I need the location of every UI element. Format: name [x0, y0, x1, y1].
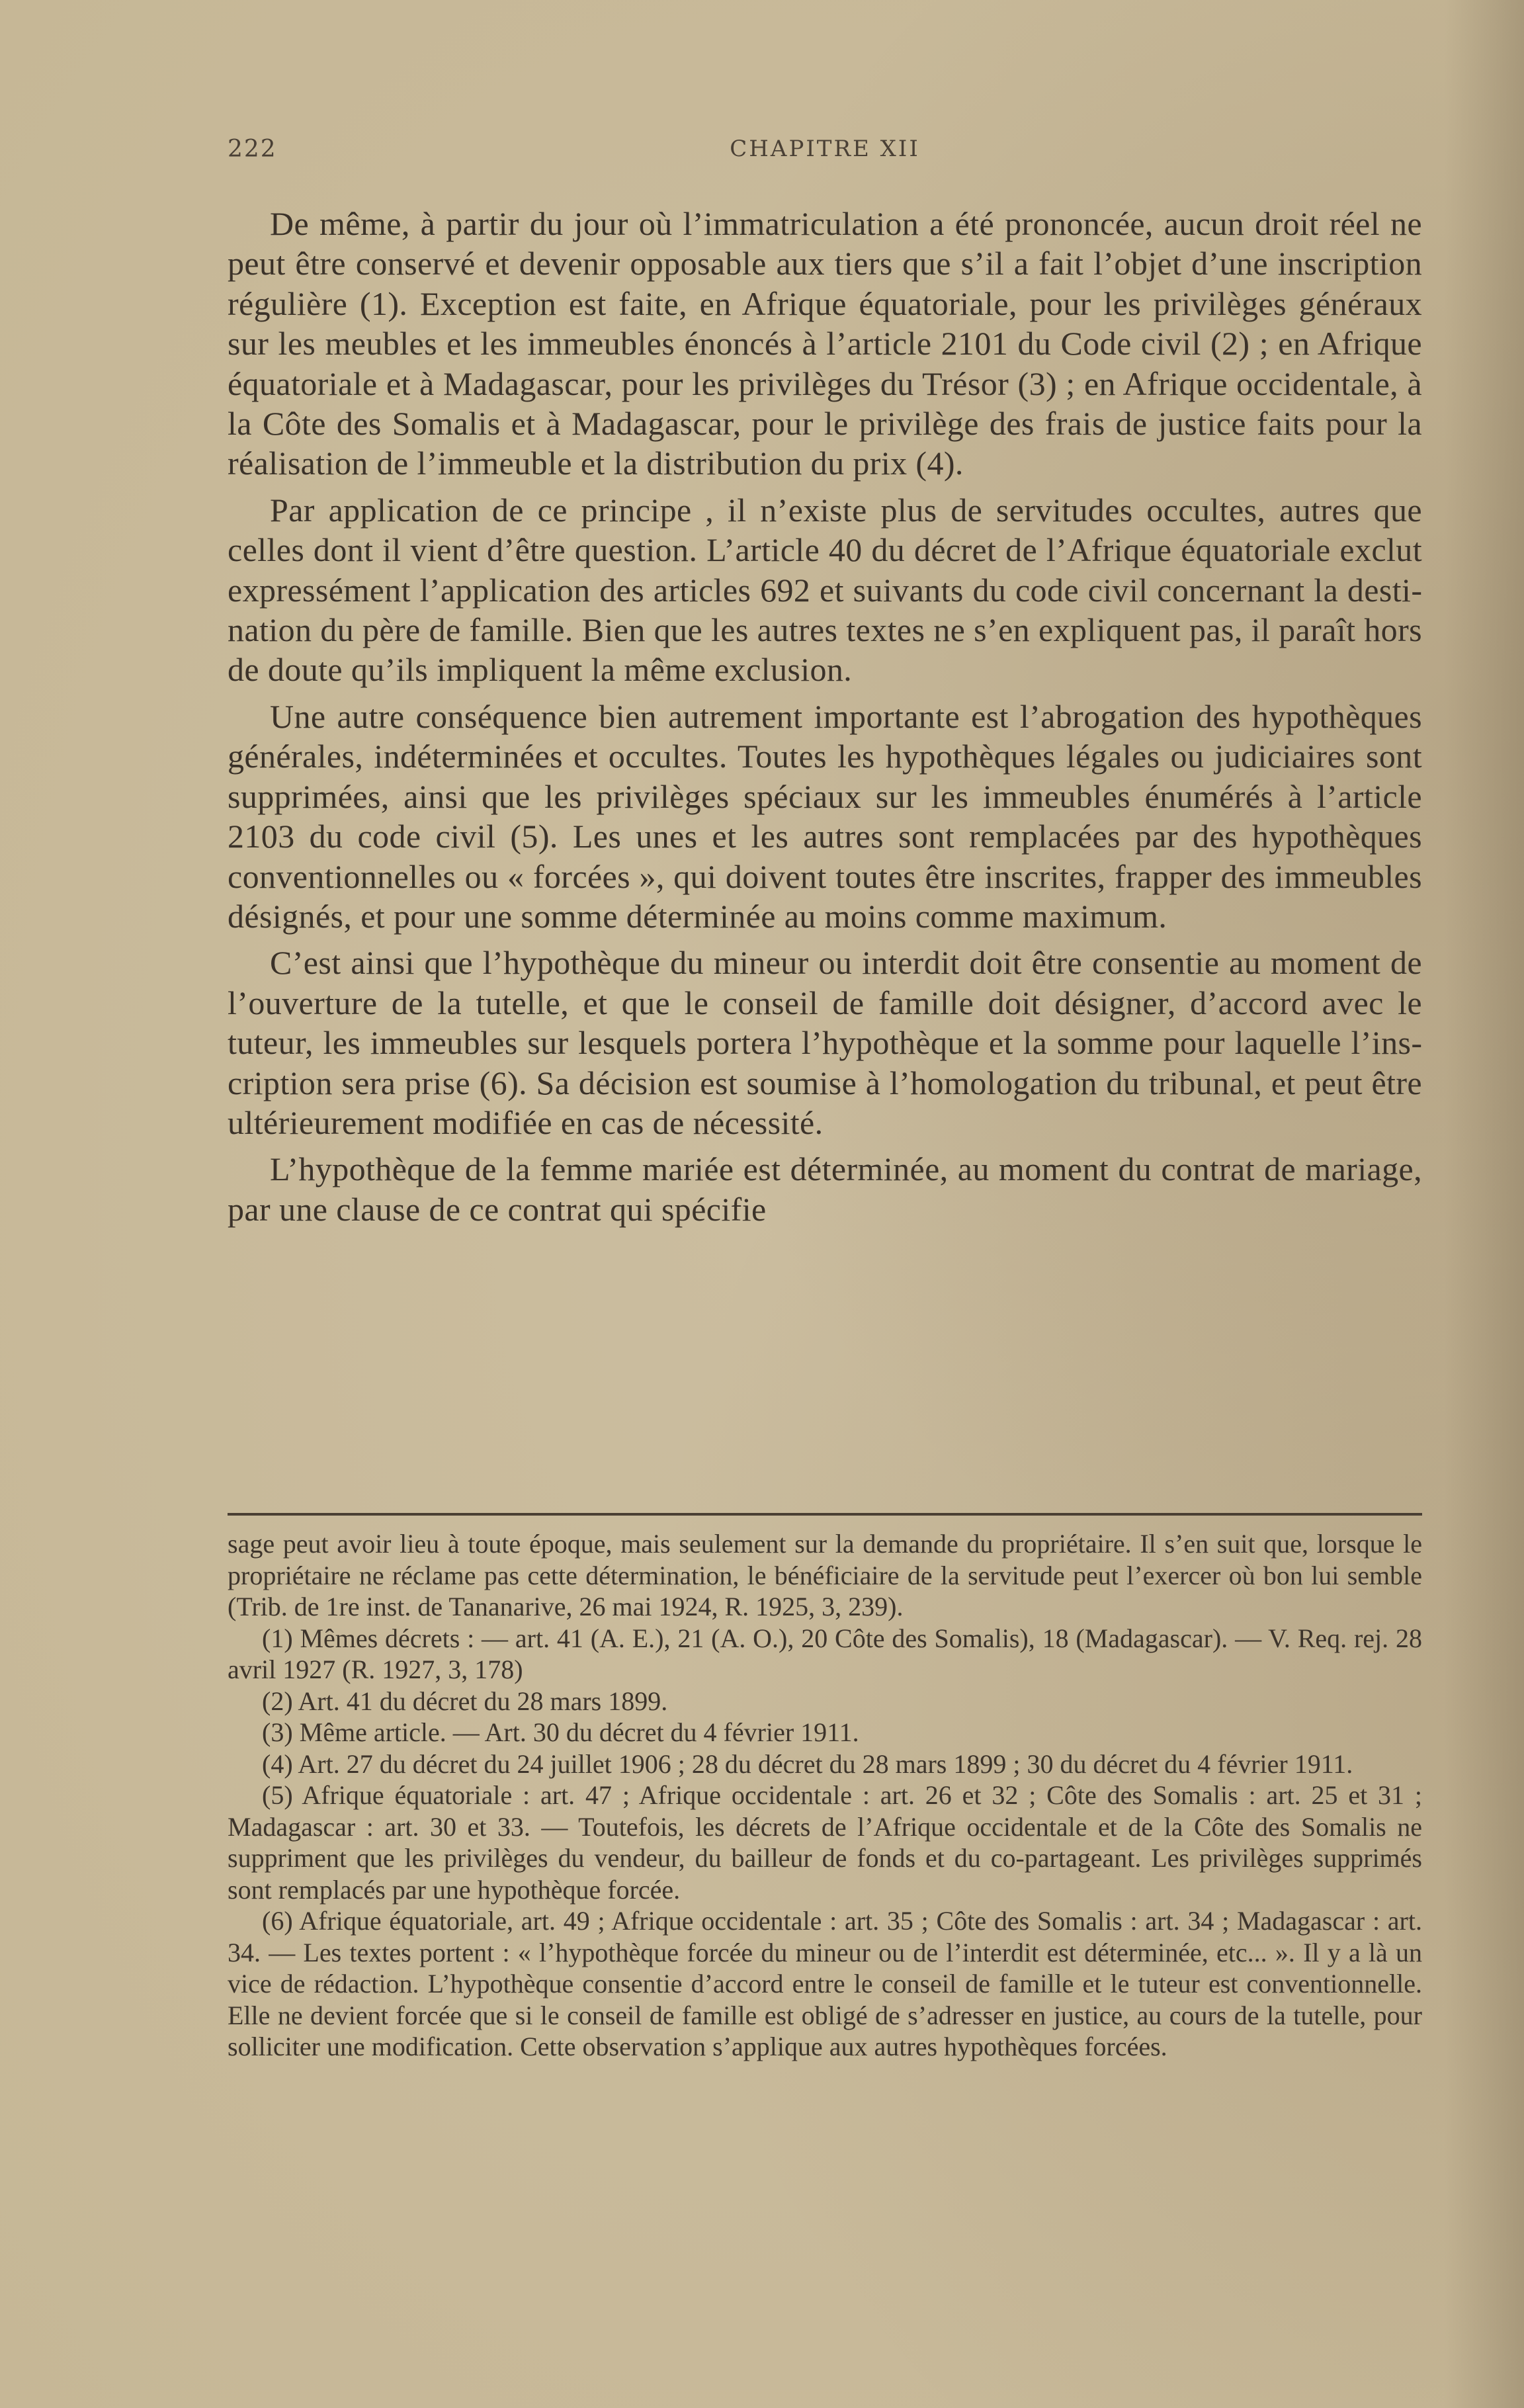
footnote-continuation: sage peut avoir lieu à toute époque, mai… — [228, 1528, 1422, 1623]
chapter-title: CHAPITRE XII — [228, 136, 1422, 162]
running-head: 222 CHAPITRE XII — [228, 136, 1422, 169]
footnote-4: (4) Art. 27 du décret du 24 juillet 1906… — [228, 1748, 1422, 1780]
footnotes: sage peut avoir lieu à toute époque, mai… — [228, 1528, 1422, 2063]
footnote-2: (2) Art. 41 du décret du 28 mars 1899. — [228, 1686, 1422, 1717]
page-edge-shadow — [1445, 0, 1524, 2408]
paragraph: Une autre conséquence bien autrement imp… — [228, 697, 1422, 936]
paragraph: L’hypothèque de la femme mariée est déte… — [228, 1149, 1422, 1229]
body-text: De même, à partir du jour où l’immatricu… — [228, 204, 1422, 1236]
book-page: 222 CHAPITRE XII De même, à partir du jo… — [0, 0, 1524, 2408]
paragraph: Par application de ce principe , il n’ex… — [228, 490, 1422, 690]
footnote-separator-rule — [228, 1513, 1422, 1516]
paragraph: C’est ainsi que l’hypothèque du mineur o… — [228, 943, 1422, 1142]
footnote-5: (5) Afrique équatoriale : art. 47 ; Afri… — [228, 1780, 1422, 1905]
paragraph: De même, à partir du jour où l’immatricu… — [228, 204, 1422, 484]
footnote-1: (1) Mêmes décrets : — art. 41 (A. E.), 2… — [228, 1623, 1422, 1686]
footnote-3: (3) Même article. — Art. 30 du décret du… — [228, 1717, 1422, 1748]
footnote-6: (6) Afrique équatoriale, art. 49 ; Afriq… — [228, 1905, 1422, 2063]
